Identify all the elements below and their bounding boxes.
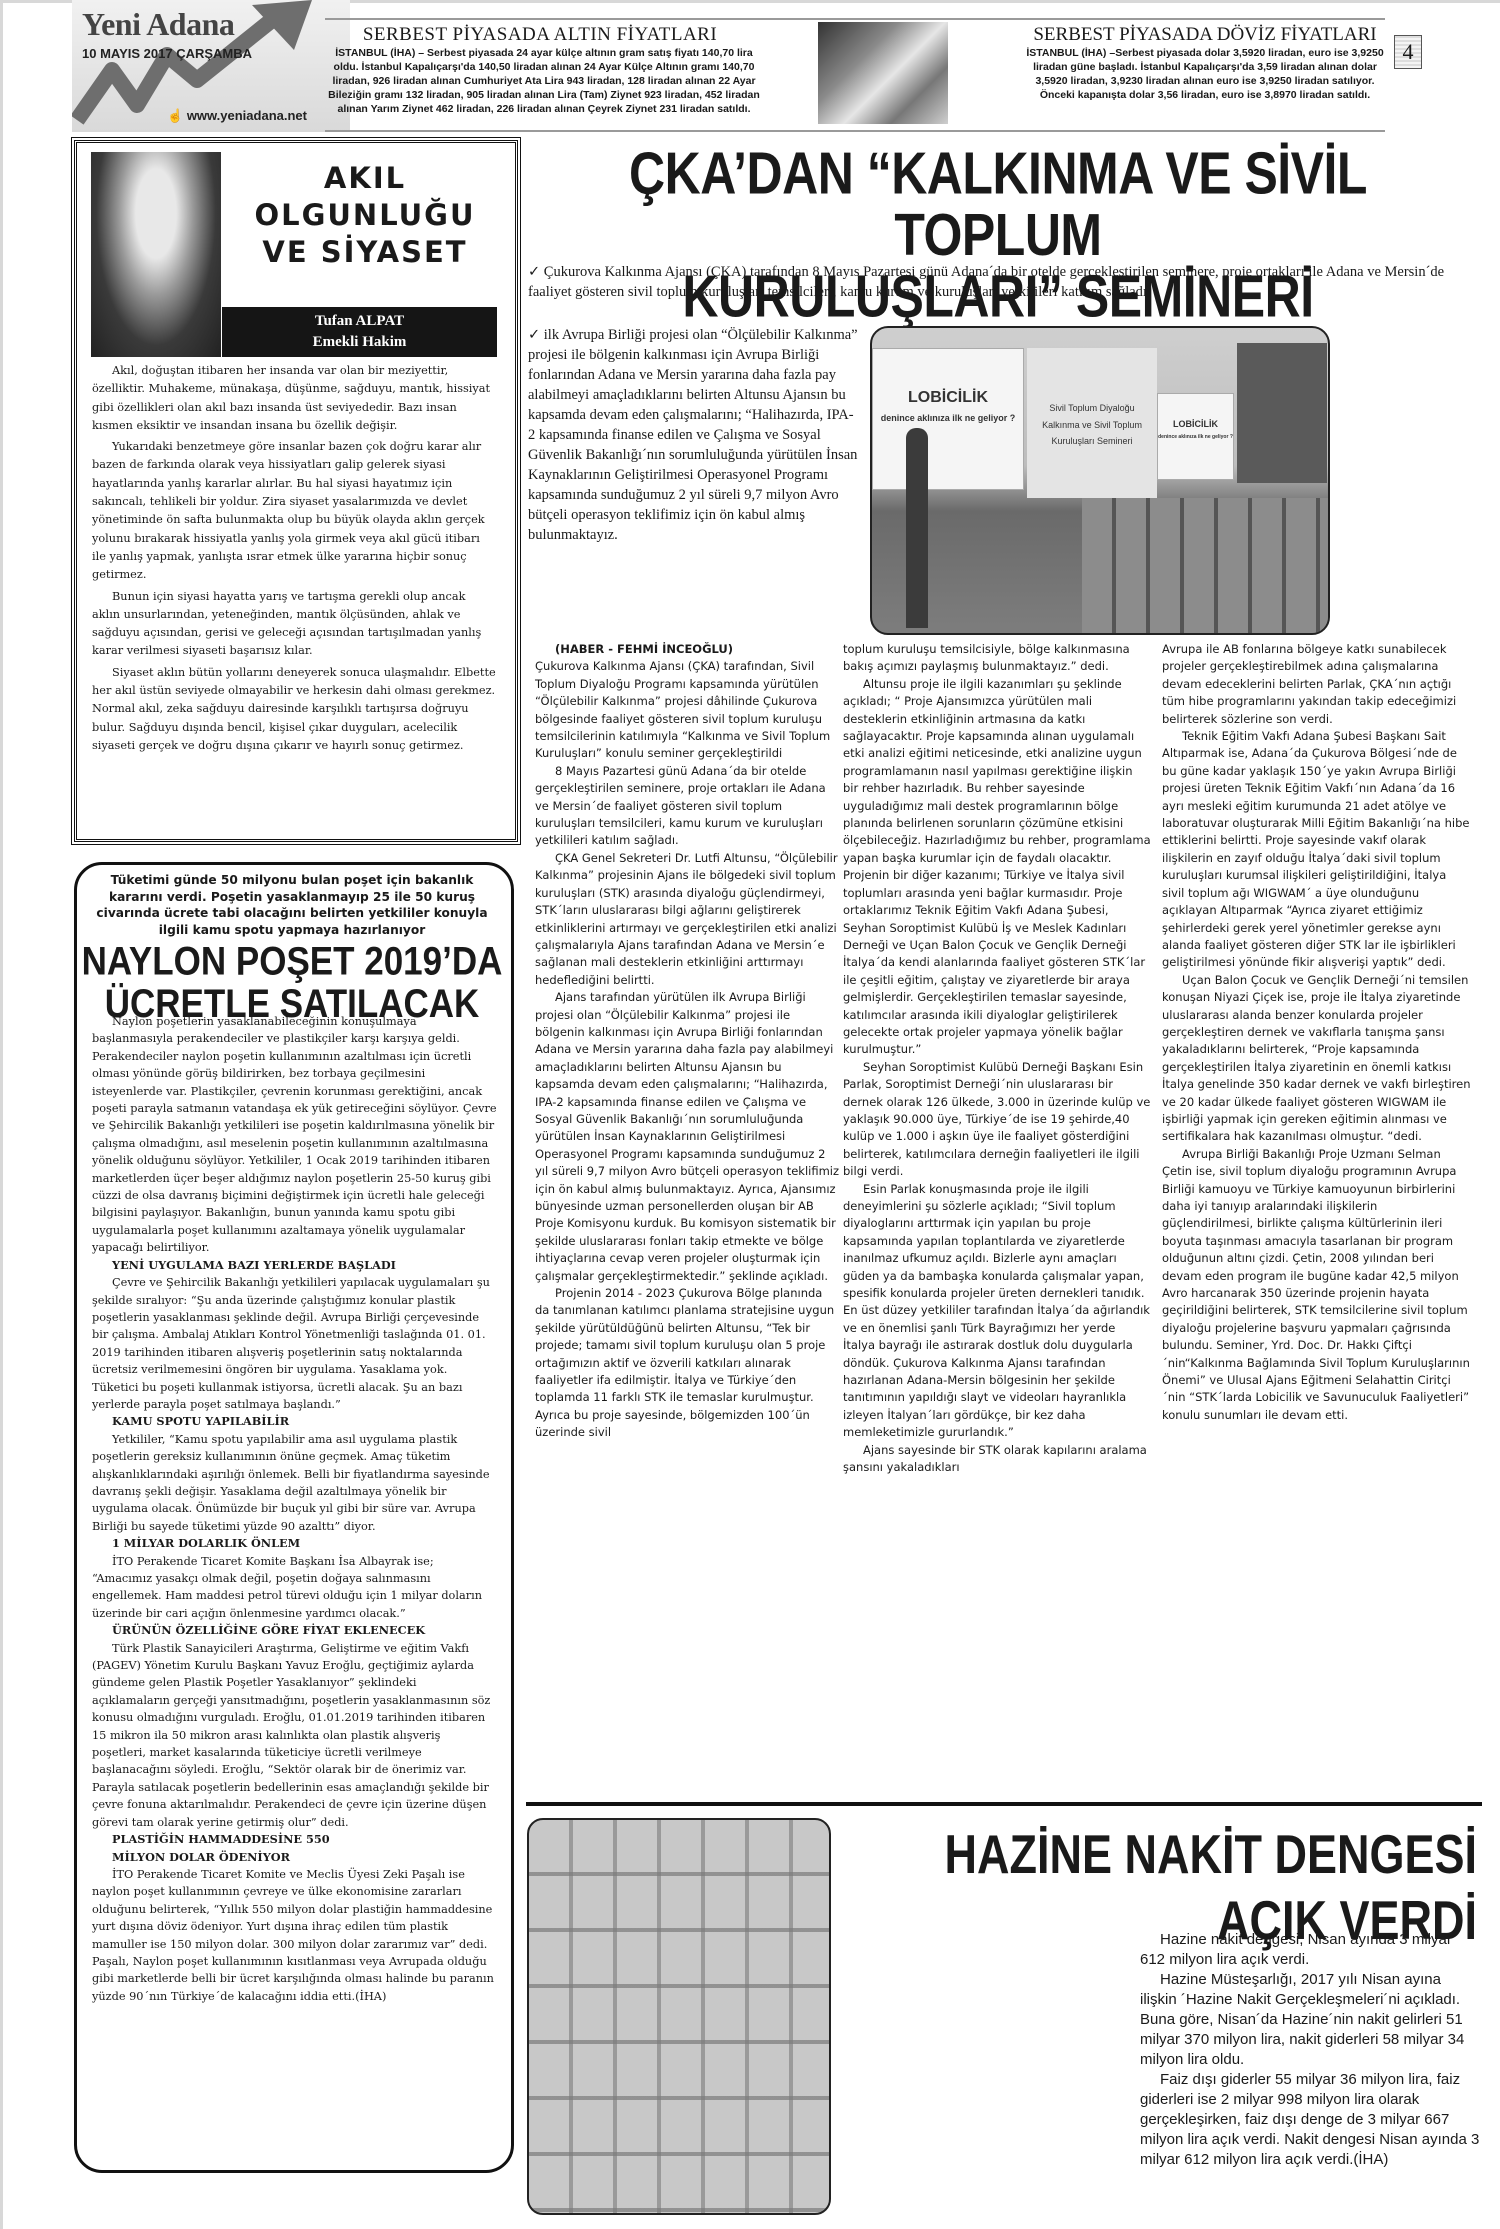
subhead: ÜRÜNÜN ÖZELLİĞİNE GÖRE FİYAT EKLENECEK xyxy=(92,1622,497,1639)
naylon-body: Naylon poşetlerin yasaklanabileceğinin k… xyxy=(92,1013,497,2005)
cka-column-3: Avrupa ile AB fonlarına bölgeye katkı su… xyxy=(1162,641,1472,1424)
header-rule-top xyxy=(325,18,1385,20)
wall-panel xyxy=(1237,343,1327,483)
gold-prices-text: İSTANBUL (İHA) – Serbest piyasada 24 aya… xyxy=(324,46,764,116)
page-edge-left xyxy=(0,0,3,2229)
header-rule-bottom xyxy=(325,130,1385,132)
author-title: Emekli Hakim xyxy=(222,332,497,353)
gold-and-money-image xyxy=(818,22,948,124)
subhead: KAMU SPOTU YAPILABİLİR xyxy=(92,1413,497,1430)
speaker-figure xyxy=(906,428,928,628)
section-divider xyxy=(526,1802,1482,1806)
subhead: PLASTİĞİN HAMMADDESİNE 550 xyxy=(92,1831,497,1848)
website-link[interactable]: ☝ www.yeniadana.net xyxy=(167,108,307,124)
page-number-icon: 4 xyxy=(1394,35,1422,69)
byline: (HABER - FEHMİ İNCEOĞLU) xyxy=(535,641,840,658)
subhead: MİLYON DOLAR ÖDENİYOR xyxy=(92,1849,497,1866)
naylon-deck: Tüketimi günde 50 milyonu bulan poşet iç… xyxy=(88,872,496,938)
author-photo xyxy=(91,152,221,357)
author-band: Tufan ALPAT Emekli Hakim xyxy=(222,307,497,357)
hand-pointer-icon: ☝ xyxy=(167,108,187,123)
column-body: Akıl, doğuştan itibaren her insanda var … xyxy=(92,362,497,758)
subhead: YENİ UYGULAMA BAZI YERLERDE BAŞLADI xyxy=(92,1257,497,1274)
issue-date: 10 MAYIS 2017 ÇARŞAMBA xyxy=(82,46,252,61)
logo-title: Yeni Adana xyxy=(82,6,234,43)
cka-column-2: toplum kuruluşu temsilcisiyle, bölge kal… xyxy=(843,641,1151,1477)
cka-lead-1: ✓ Çukurova Kalkınma Ajansı (ÇKA) tarafın… xyxy=(528,262,1458,302)
column-title: AKIL OLGUNLUĞU VE SİYASET xyxy=(225,160,505,271)
banner: Sivil Toplum Diyaloğu Kalkınma ve Sivil … xyxy=(1027,348,1157,498)
fx-prices-text: İSTANBUL (İHA) –Serbest piyasada dolar 3… xyxy=(1025,46,1385,102)
cka-lead-2: ✓ ilk Avrupa Birliği projesi olan “Ölçül… xyxy=(528,325,858,545)
left-screen: LOBİCİLİK denince aklınıza ilk ne geliyo… xyxy=(872,348,1024,490)
audience-seats xyxy=(1082,498,1330,635)
newspaper-logo: Yeni Adana 10 MAYIS 2017 ÇARŞAMBA ☝ www.… xyxy=(72,0,350,132)
author-name: Tufan ALPAT xyxy=(222,311,497,332)
gold-prices-title: SERBEST PİYASADA ALTIN FİYATLARI xyxy=(330,24,750,46)
fx-prices-title: SERBEST PİYASADA DÖVİZ FİYATLARI xyxy=(1025,24,1385,46)
hazine-body: Hazine nakit dengesi, Nisan ayında 3 mil… xyxy=(1140,1930,1480,2170)
cka-column-1: (HABER - FEHMİ İNCEOĞLU) Çukurova Kalkın… xyxy=(535,641,840,1442)
subhead: 1 MİLYAR DOLARLIK ÖNLEM xyxy=(92,1535,497,1552)
seminar-photo: LOBİCİLİK denince aklınıza ilk ne geliyo… xyxy=(870,326,1330,635)
right-screen: LOBİCİLİK denince aklınıza ilk ne geliyo… xyxy=(1157,393,1234,480)
